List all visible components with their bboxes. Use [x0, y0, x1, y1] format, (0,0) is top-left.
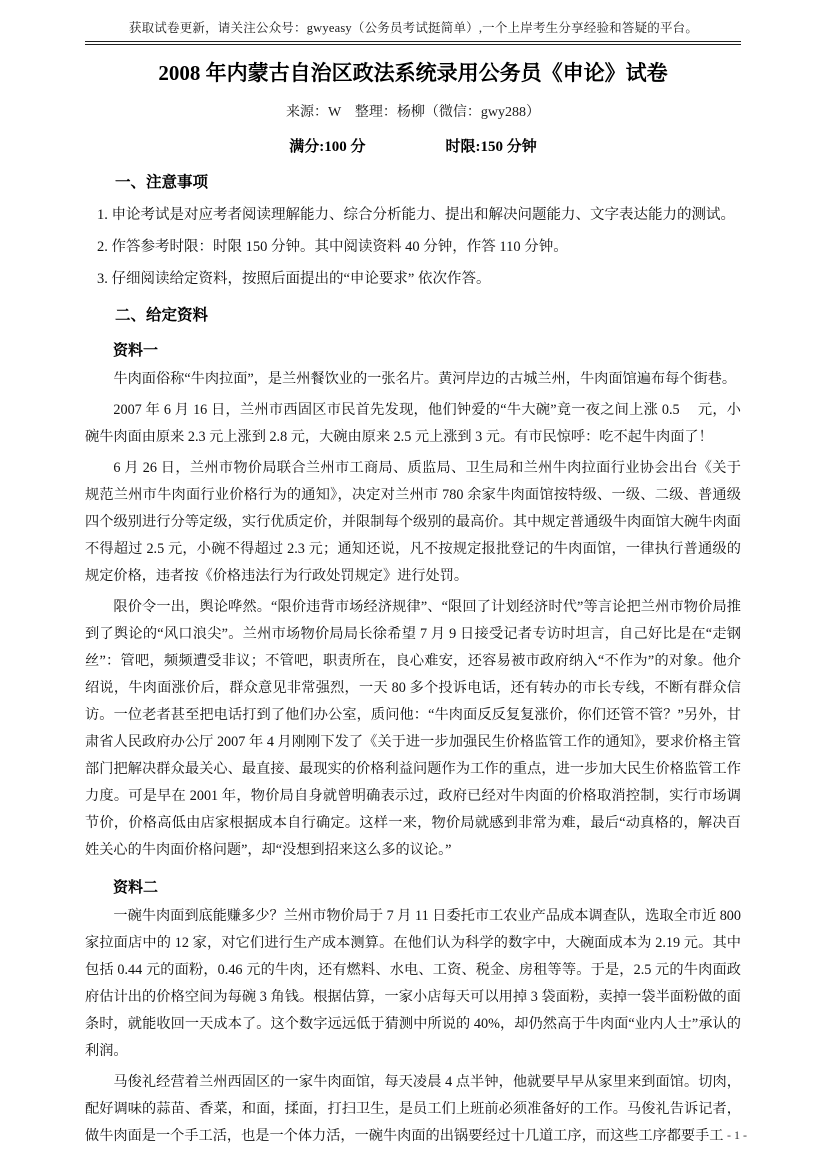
page-title: 2008 年内蒙古自治区政法系统录用公务员《申论》试卷: [85, 58, 741, 88]
section-heading-notice: 一、注意事项: [85, 172, 741, 194]
full-score-label: 满分:100 分: [289, 137, 365, 157]
document-page: 获取试卷更新，请关注公众号：gwyeasy（公务员考试挺简单）,一个上岸考生分享…: [0, 0, 827, 1169]
source-line: 来源：W 整理：杨柳（微信：gwy288）: [85, 103, 741, 122]
material1-heading: 资料一: [85, 340, 741, 362]
material1-paragraph-2: 2007 年 6 月 16 日，兰州市西固区市民首先发现，他们钟爱的“牛大碗”竟…: [85, 397, 741, 451]
material1-paragraph-3: 6 月 26 日，兰州市物价局联合兰州市工商局、质监局、卫生局和兰州牛肉拉面行业…: [85, 455, 741, 590]
material2-paragraph-2: 马俊礼经营着兰州西固区的一家牛肉面馆，每天凌晨 4 点半钟，他就要早早从家里来到…: [85, 1069, 741, 1150]
page-header: 获取试卷更新，请关注公众号：gwyeasy（公务员考试挺简单）,一个上岸考生分享…: [0, 0, 827, 45]
time-limit-label: 时限:150 分钟: [446, 137, 537, 157]
score-time-line: 满分:100 分 时限:150 分钟: [85, 137, 741, 157]
page-number: - 1 -: [727, 1128, 747, 1143]
material2-heading: 资料二: [85, 877, 741, 899]
material1-paragraph-1: 牛肉面俗称“牛肉拉面”，是兰州餐饮业的一张名片。黄河岸边的古城兰州，牛肉面馆遍布…: [85, 366, 741, 393]
document-content: 2008 年内蒙古自治区政法系统录用公务员《申论》试卷 来源：W 整理：杨柳（微…: [85, 58, 741, 1150]
header-notice: 获取试卷更新，请关注公众号：gwyeasy（公务员考试挺简单）,一个上岸考生分享…: [0, 0, 827, 37]
notice-item-3: 3. 仔细阅读给定资料，按照后面提出的“申论要求” 依次作答。: [85, 269, 741, 290]
section-heading-materials: 二、给定资料: [85, 305, 741, 327]
material1-paragraph-4: 限价令一出，舆论哗然。“限价违背市场经济规律”、“限回了计划经济时代”等言论把兰…: [85, 594, 741, 864]
material2-paragraph-1: 一碗牛肉面到底能赚多少？兰州市物价局于 7 月 11 日委托市工农业产品成本调查…: [85, 903, 741, 1065]
notice-item-2: 2. 作答参考时限：时限 150 分钟。其中阅读资料 40 分钟，作答 110 …: [85, 237, 741, 258]
header-divider: [85, 41, 741, 45]
notice-item-1: 1. 申论考试是对应考者阅读理解能力、综合分析能力、提出和解决问题能力、文字表达…: [85, 205, 741, 226]
